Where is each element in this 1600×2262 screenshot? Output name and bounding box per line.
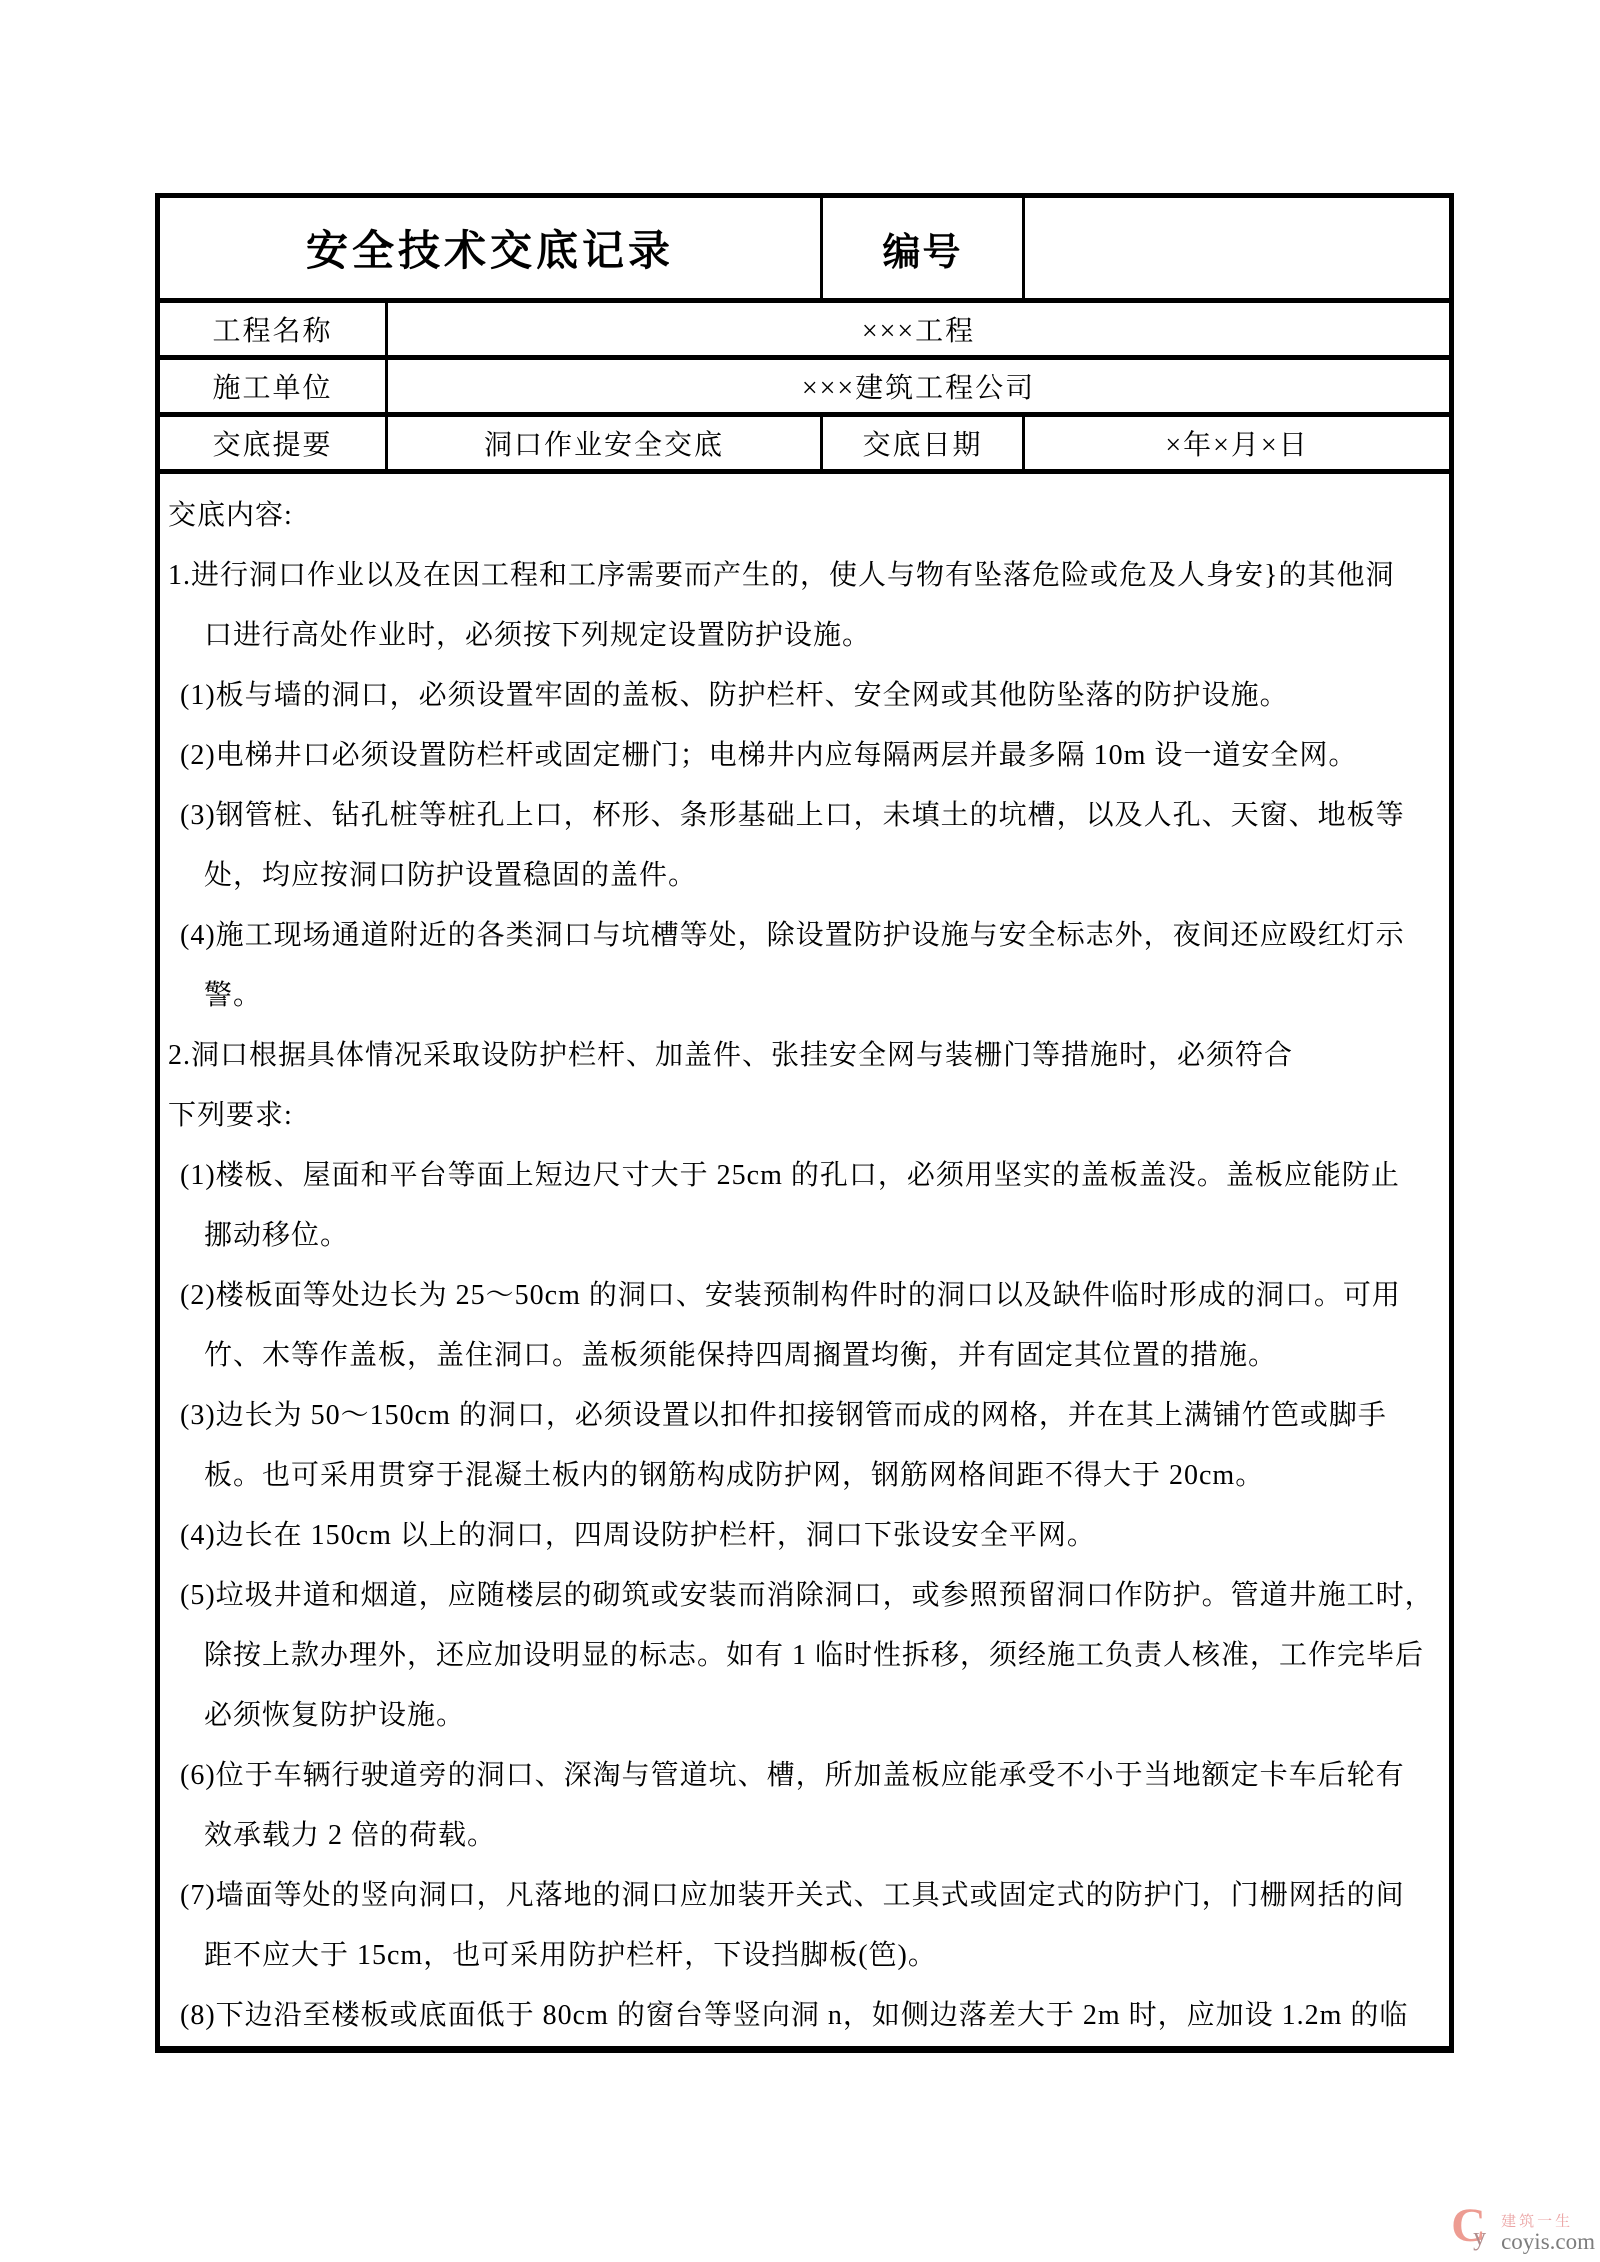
content-line: 处，均应按洞口防护设置稳固的盖件。 — [164, 846, 1445, 906]
title-row: 安全技术交底记录 编号 — [158, 196, 1452, 301]
watermark-site: coyis.com — [1501, 2230, 1595, 2254]
content-line: 距不应大于 15cm，也可采用防护栏杆，下设挡脚板(笆)。 — [164, 1926, 1445, 1986]
project-name-label: 工程名称 — [158, 301, 387, 358]
content-line: 警。 — [164, 966, 1445, 1026]
project-name-row: 工程名称 ×××工程 — [158, 301, 1452, 358]
content-line: 除按上款办理外，还应加设明显的标志。如有 1 临时性拆移，须经施工负责人核准，工… — [164, 1626, 1445, 1686]
date-label: 交底日期 — [822, 415, 1024, 472]
disclosure-record-table: 安全技术交底记录 编号 工程名称 ×××工程 施工单位 ×××建筑工程公司 交底… — [155, 193, 1454, 2053]
content-line: 下列要求: — [164, 1086, 1445, 1146]
content-line: 交底内容: — [164, 486, 1445, 546]
content-line: 必须恢复防护设施。 — [164, 1686, 1445, 1746]
content-line: 效承载力 2 倍的荷载。 — [164, 1806, 1445, 1866]
content-line: (8)下边沿至楼板或底面低于 80cm 的窗台等竖向洞 n，如侧边落差大于 2m… — [164, 1986, 1445, 2046]
content-line: 口进行高处作业时，必须按下列规定设置防护设施。 — [164, 606, 1445, 666]
content-line: 1.进行洞口作业以及在因工程和工序需要而产生的，使人与物有坠落危险或危及人身安}… — [164, 546, 1445, 606]
content-line: 板。也可采用贯穿于混凝土板内的钢筋构成防护网，钢筋网格间距不得大于 20cm。 — [164, 1446, 1445, 1506]
summary-value: 洞口作业安全交底 — [387, 415, 822, 472]
content-line: 挪动移位。 — [164, 1206, 1445, 1266]
date-value: ×年×月×日 — [1024, 415, 1452, 472]
content-line: (1)板与墙的洞口，必须设置牢固的盖板、防护栏杆、安全网或其他防坠落的防护设施。 — [164, 666, 1445, 726]
project-name-value: ×××工程 — [387, 301, 1452, 358]
content-line: 竹、木等作盖板，盖住洞口。盖板须能保持四周搁置均衡，并有固定其位置的措施。 — [164, 1326, 1445, 1386]
watermark-brand: 建筑一生 — [1501, 2214, 1595, 2230]
content-line: (6)位于车辆行驶道旁的洞口、深淘与管道坑、槽，所加盖板应能承受不小于当地额定卡… — [164, 1746, 1445, 1806]
content-line: (4)边长在 150cm 以上的洞口，四周设防护栏杆，洞口下张设安全平网。 — [164, 1506, 1445, 1566]
content-line: 2.洞口根据具体情况采取设防护栏杆、加盖件、张挂安全网与装栅门等措施时，必须符合 — [164, 1026, 1445, 1086]
construction-unit-row: 施工单位 ×××建筑工程公司 — [158, 358, 1452, 415]
number-label: 编号 — [822, 196, 1024, 301]
content-line: (5)垃圾井道和烟道，应随楼层的砌筑或安装而消除洞口，或参照预留洞口作防护。管道… — [164, 1566, 1445, 1626]
content-line: (1)楼板、屋面和平台等面上短边尺寸大于 25cm 的孔口，必须用坚实的盖板盖没… — [164, 1146, 1445, 1206]
content-line: (2)电梯井口必须设置防栏杆或固定栅门；电梯井内应每隔两层并最多隔 10m 设一… — [164, 726, 1445, 786]
content-lines: 交底内容:1.进行洞口作业以及在因工程和工序需要而产生的，使人与物有坠落危险或危… — [158, 472, 1452, 2050]
content-line: (4)施工现场通道附近的各类洞口与坑槽等处，除设置防护设施与安全标志外，夜间还应… — [164, 906, 1445, 966]
watermark-logo-y: y — [1473, 2222, 1486, 2252]
construction-unit-label: 施工单位 — [158, 358, 387, 415]
construction-unit-value: ×××建筑工程公司 — [387, 358, 1452, 415]
document-title: 安全技术交底记录 — [158, 196, 822, 301]
summary-row: 交底提要 洞口作业安全交底 交底日期 ×年×月×日 — [158, 415, 1452, 472]
content-line: (2)楼板面等处边长为 25～50cm 的洞口、安装预制构件时的洞口以及缺件临时… — [164, 1266, 1445, 1326]
watermark: C y 建筑一生 coyis.com — [1451, 2204, 1595, 2254]
content-row: 交底内容:1.进行洞口作业以及在因工程和工序需要而产生的，使人与物有坠落危险或危… — [158, 472, 1452, 2050]
content-line: (7)墙面等处的竖向洞口，凡落地的洞口应加装开关式、工具式或固定式的防护门，门栅… — [164, 1866, 1445, 1926]
content-line: (3)钢管桩、钻孔桩等桩孔上口，杯形、条形基础上口，未填土的坑槽，以及人孔、天窗… — [164, 786, 1445, 846]
number-value — [1024, 196, 1452, 301]
summary-label: 交底提要 — [158, 415, 387, 472]
document-page: { "header_table": { "title": "安全技术交底记录",… — [0, 0, 1600, 2262]
content-line: (3)边长为 50～150cm 的洞口，必须设置以扣件扣接钢管而成的网格，并在其… — [164, 1386, 1445, 1446]
watermark-logo-icon: C y — [1451, 2204, 1497, 2254]
